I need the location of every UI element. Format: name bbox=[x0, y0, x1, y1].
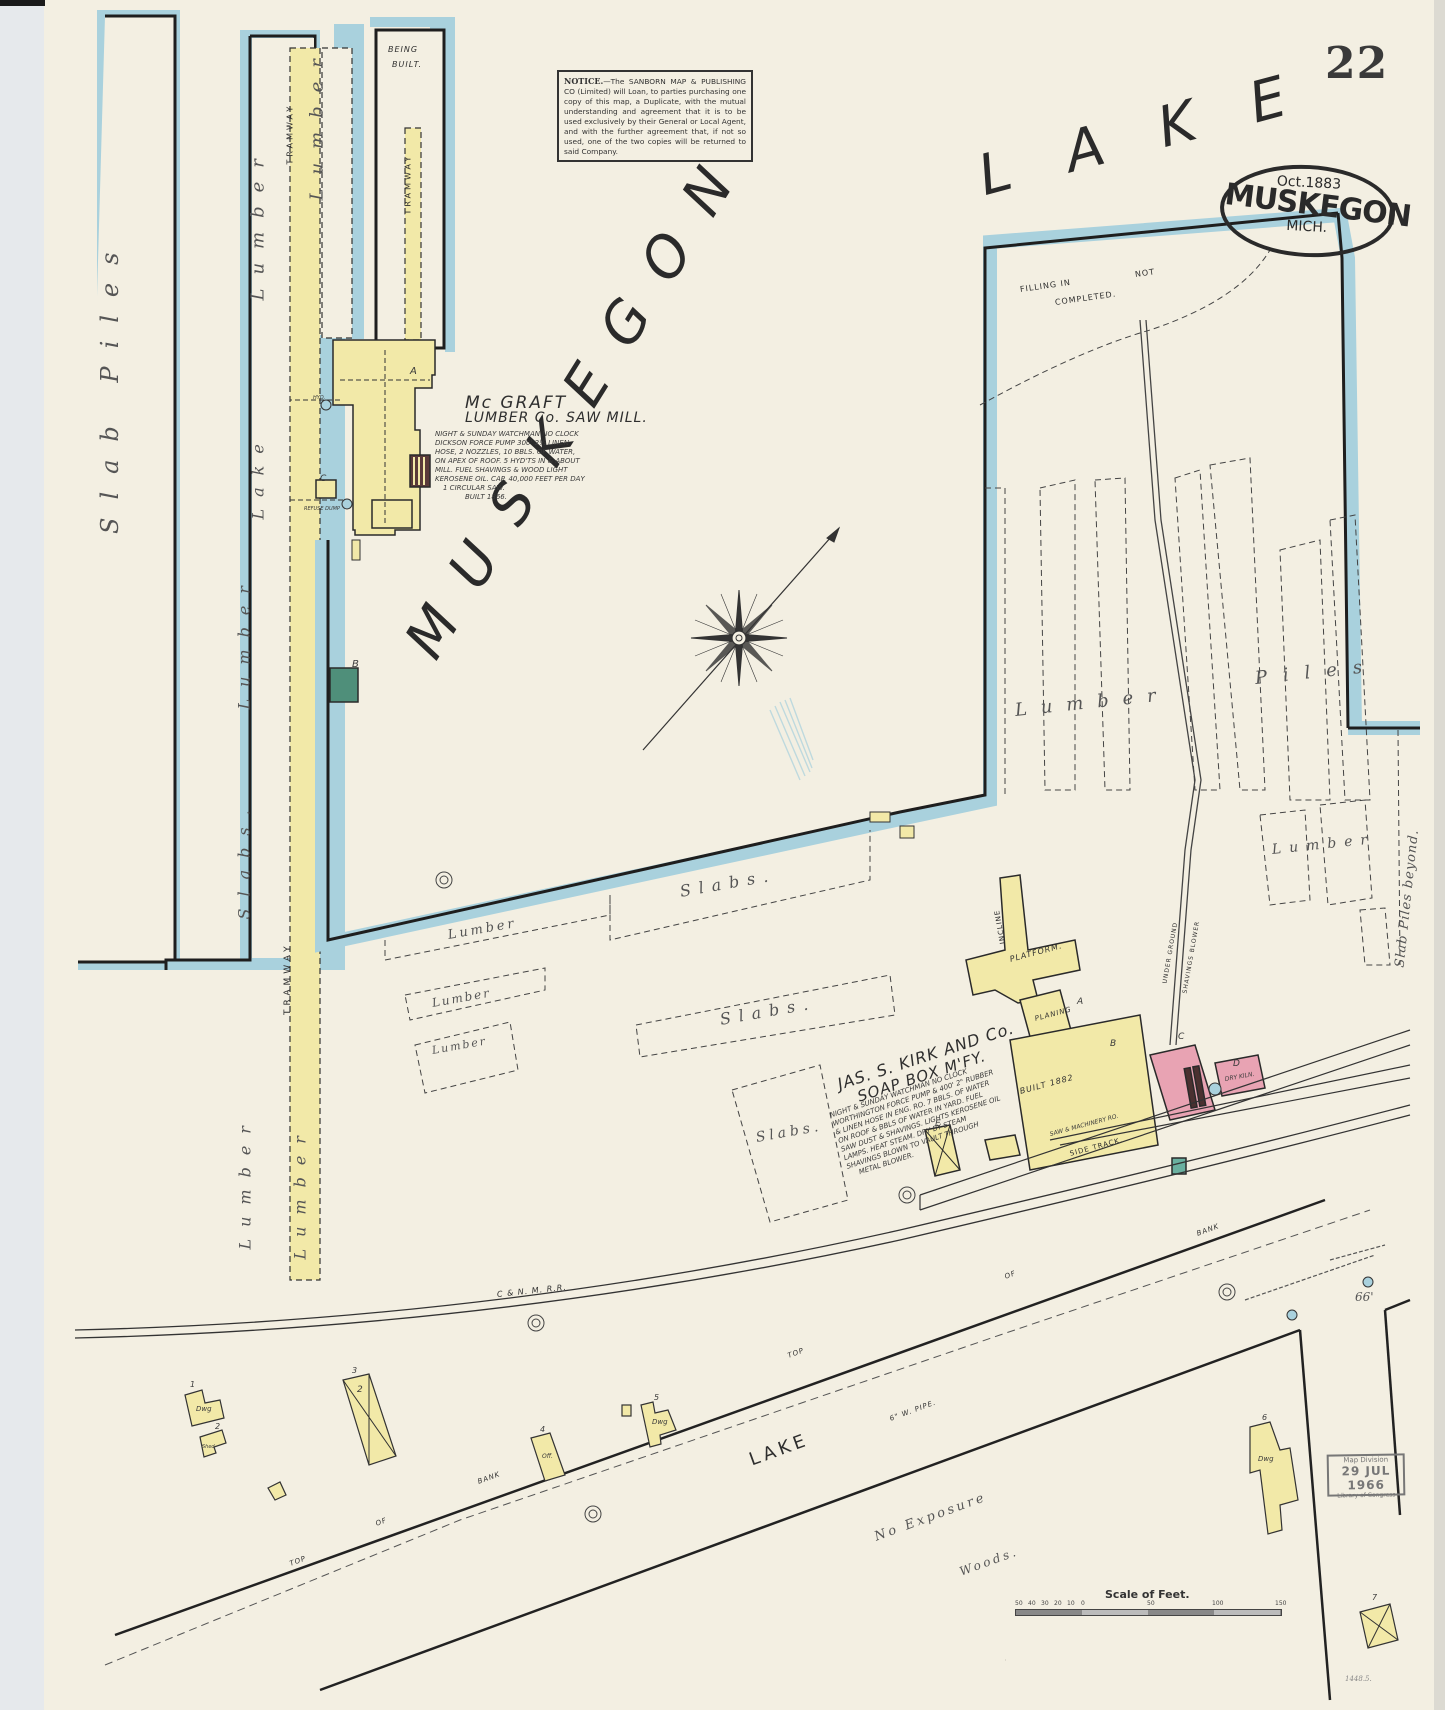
dwelling-label: Dwg bbox=[1258, 1455, 1274, 1464]
mcgraft-building-b: B bbox=[352, 660, 359, 669]
scale-bar-graphic bbox=[1015, 1609, 1282, 1616]
kirk-building-d: D bbox=[1233, 1060, 1240, 1069]
refuse-dump-label: REFUSE DUMP bbox=[304, 505, 340, 514]
lumber-label-2: Lumber bbox=[307, 45, 328, 200]
mcgraft-detail-line: 1 CIRCULAR SAW. bbox=[435, 484, 585, 493]
slabs-label-left: Slabs. bbox=[235, 798, 254, 919]
blue-wash bbox=[770, 698, 813, 780]
dwelling-number: 4 bbox=[540, 1425, 545, 1434]
mcgraft-detail-line: ON APEX OF ROOF. 5 HYD'TS IN & ABOUT bbox=[435, 457, 585, 466]
kirk-building-c: C bbox=[1178, 1033, 1184, 1042]
blower-pipe bbox=[1140, 320, 1195, 1045]
mcgraft-building-c: C bbox=[320, 475, 326, 484]
dwelling-label: 2 bbox=[357, 1386, 363, 1395]
dwelling-x-marks bbox=[343, 1374, 1398, 1648]
scale-tick: 0 bbox=[1081, 1600, 1085, 1607]
lumber-label-1: Lumber bbox=[248, 145, 269, 300]
dwelling-number: 7 bbox=[1372, 1593, 1377, 1602]
dwelling-number: 1 bbox=[190, 1380, 195, 1389]
tramway-label-2: TRAMWAY bbox=[404, 154, 413, 215]
map-sheet: 22 NOTICE.—The SANBORN MAP & PUBLISHING … bbox=[0, 0, 1445, 1710]
catalog-number: 1448.5. bbox=[1345, 1675, 1372, 1683]
scale-tick: 150 bbox=[1275, 1600, 1286, 1607]
map-drawing bbox=[0, 0, 1445, 1710]
dwelling-label: Off. bbox=[542, 1452, 553, 1461]
dwelling-label: Shed bbox=[202, 1443, 215, 1452]
fire-reference-circles bbox=[436, 872, 1235, 1522]
mcgraft-detail-line: NIGHT & SUNDAY WATCHMAN NO CLOCK bbox=[435, 430, 585, 439]
kirk-hydrant bbox=[1209, 1083, 1221, 1095]
mcgraft-detail-line: BUILT 1866. bbox=[435, 493, 585, 502]
slab-piles-label: Slab Piles bbox=[96, 235, 124, 534]
dwelling-number: 3 bbox=[352, 1366, 357, 1375]
mcgraft-detail-line: KEROSENE OIL. CAP. 40,000 FEET PER DAY bbox=[435, 475, 585, 484]
mcgraft-detail-line: DICKSON FORCE PUMP 300' 2½ LINEN bbox=[435, 439, 585, 448]
scale-tick: 50 bbox=[1015, 1600, 1023, 1607]
scale-tick: 40 bbox=[1028, 1600, 1036, 1607]
mcgraft-detail-line: HOSE, 2 NOZZLES, 10 BBLS. OF WATER, bbox=[435, 448, 585, 457]
mcgraft-details: NIGHT & SUNDAY WATCHMAN NO CLOCK DICKSON… bbox=[435, 430, 585, 502]
street-width-label: 66' bbox=[1355, 1290, 1374, 1304]
lumber-label-left: Lumber bbox=[235, 574, 254, 709]
hydrant-label: HYD. bbox=[313, 394, 325, 403]
mcgraft-building-a: A bbox=[410, 367, 417, 376]
library-stamp: Map Division 29 JUL 1966 Library of Cong… bbox=[1327, 1453, 1406, 1496]
mcgraft-detail-line: MILL. FUEL SHAVINGS & WOOD LIGHT bbox=[435, 466, 585, 475]
notice-heading: NOTICE. bbox=[564, 76, 603, 86]
mcgraft-name-2: LUMBER Co. SAW MILL. bbox=[465, 410, 648, 426]
being-built-1: BEING bbox=[388, 45, 418, 54]
being-built-2: BUILT. bbox=[392, 60, 422, 69]
kirk-building-b: B bbox=[1110, 1040, 1116, 1049]
dwelling-label: Dwg bbox=[652, 1418, 668, 1427]
stamp-line-3: Library of Congress bbox=[1329, 1491, 1403, 1499]
tramway-label-1: TRAMWAY bbox=[286, 104, 295, 165]
dwelling-number: 5 bbox=[654, 1393, 659, 1402]
left-pier-slab-piles bbox=[78, 10, 180, 970]
dwelling-number: 2 bbox=[215, 1422, 220, 1431]
stamp-line-2: 29 JUL 1966 bbox=[1329, 1463, 1403, 1492]
tramway-main-label: TRAMWAY bbox=[283, 942, 293, 1015]
slab-pile-outlines bbox=[385, 830, 1005, 1660]
kirk-building-a: A bbox=[1077, 998, 1083, 1007]
lake-label: Lake bbox=[249, 432, 268, 519]
slip bbox=[352, 540, 360, 560]
kirk-building-e: E bbox=[935, 1120, 941, 1129]
scale-tick: 50 bbox=[1147, 1600, 1155, 1607]
scale-tick: 100 bbox=[1212, 1600, 1223, 1607]
scale-tick: 20 bbox=[1054, 1600, 1062, 1607]
scale-tick: 10 bbox=[1067, 1600, 1075, 1607]
fill-boundary bbox=[980, 250, 1270, 405]
lumber-bottom-1: Lumber bbox=[236, 1114, 255, 1249]
scale-tick: 30 bbox=[1041, 1600, 1049, 1607]
railroad-cn-mrr bbox=[75, 1105, 1410, 1338]
dwelling-label: Dwg bbox=[196, 1405, 212, 1414]
dwelling-number: 6 bbox=[1262, 1413, 1267, 1422]
compass-rose-icon bbox=[643, 528, 839, 750]
lumber-bottom-2: Lumber bbox=[291, 1124, 310, 1259]
